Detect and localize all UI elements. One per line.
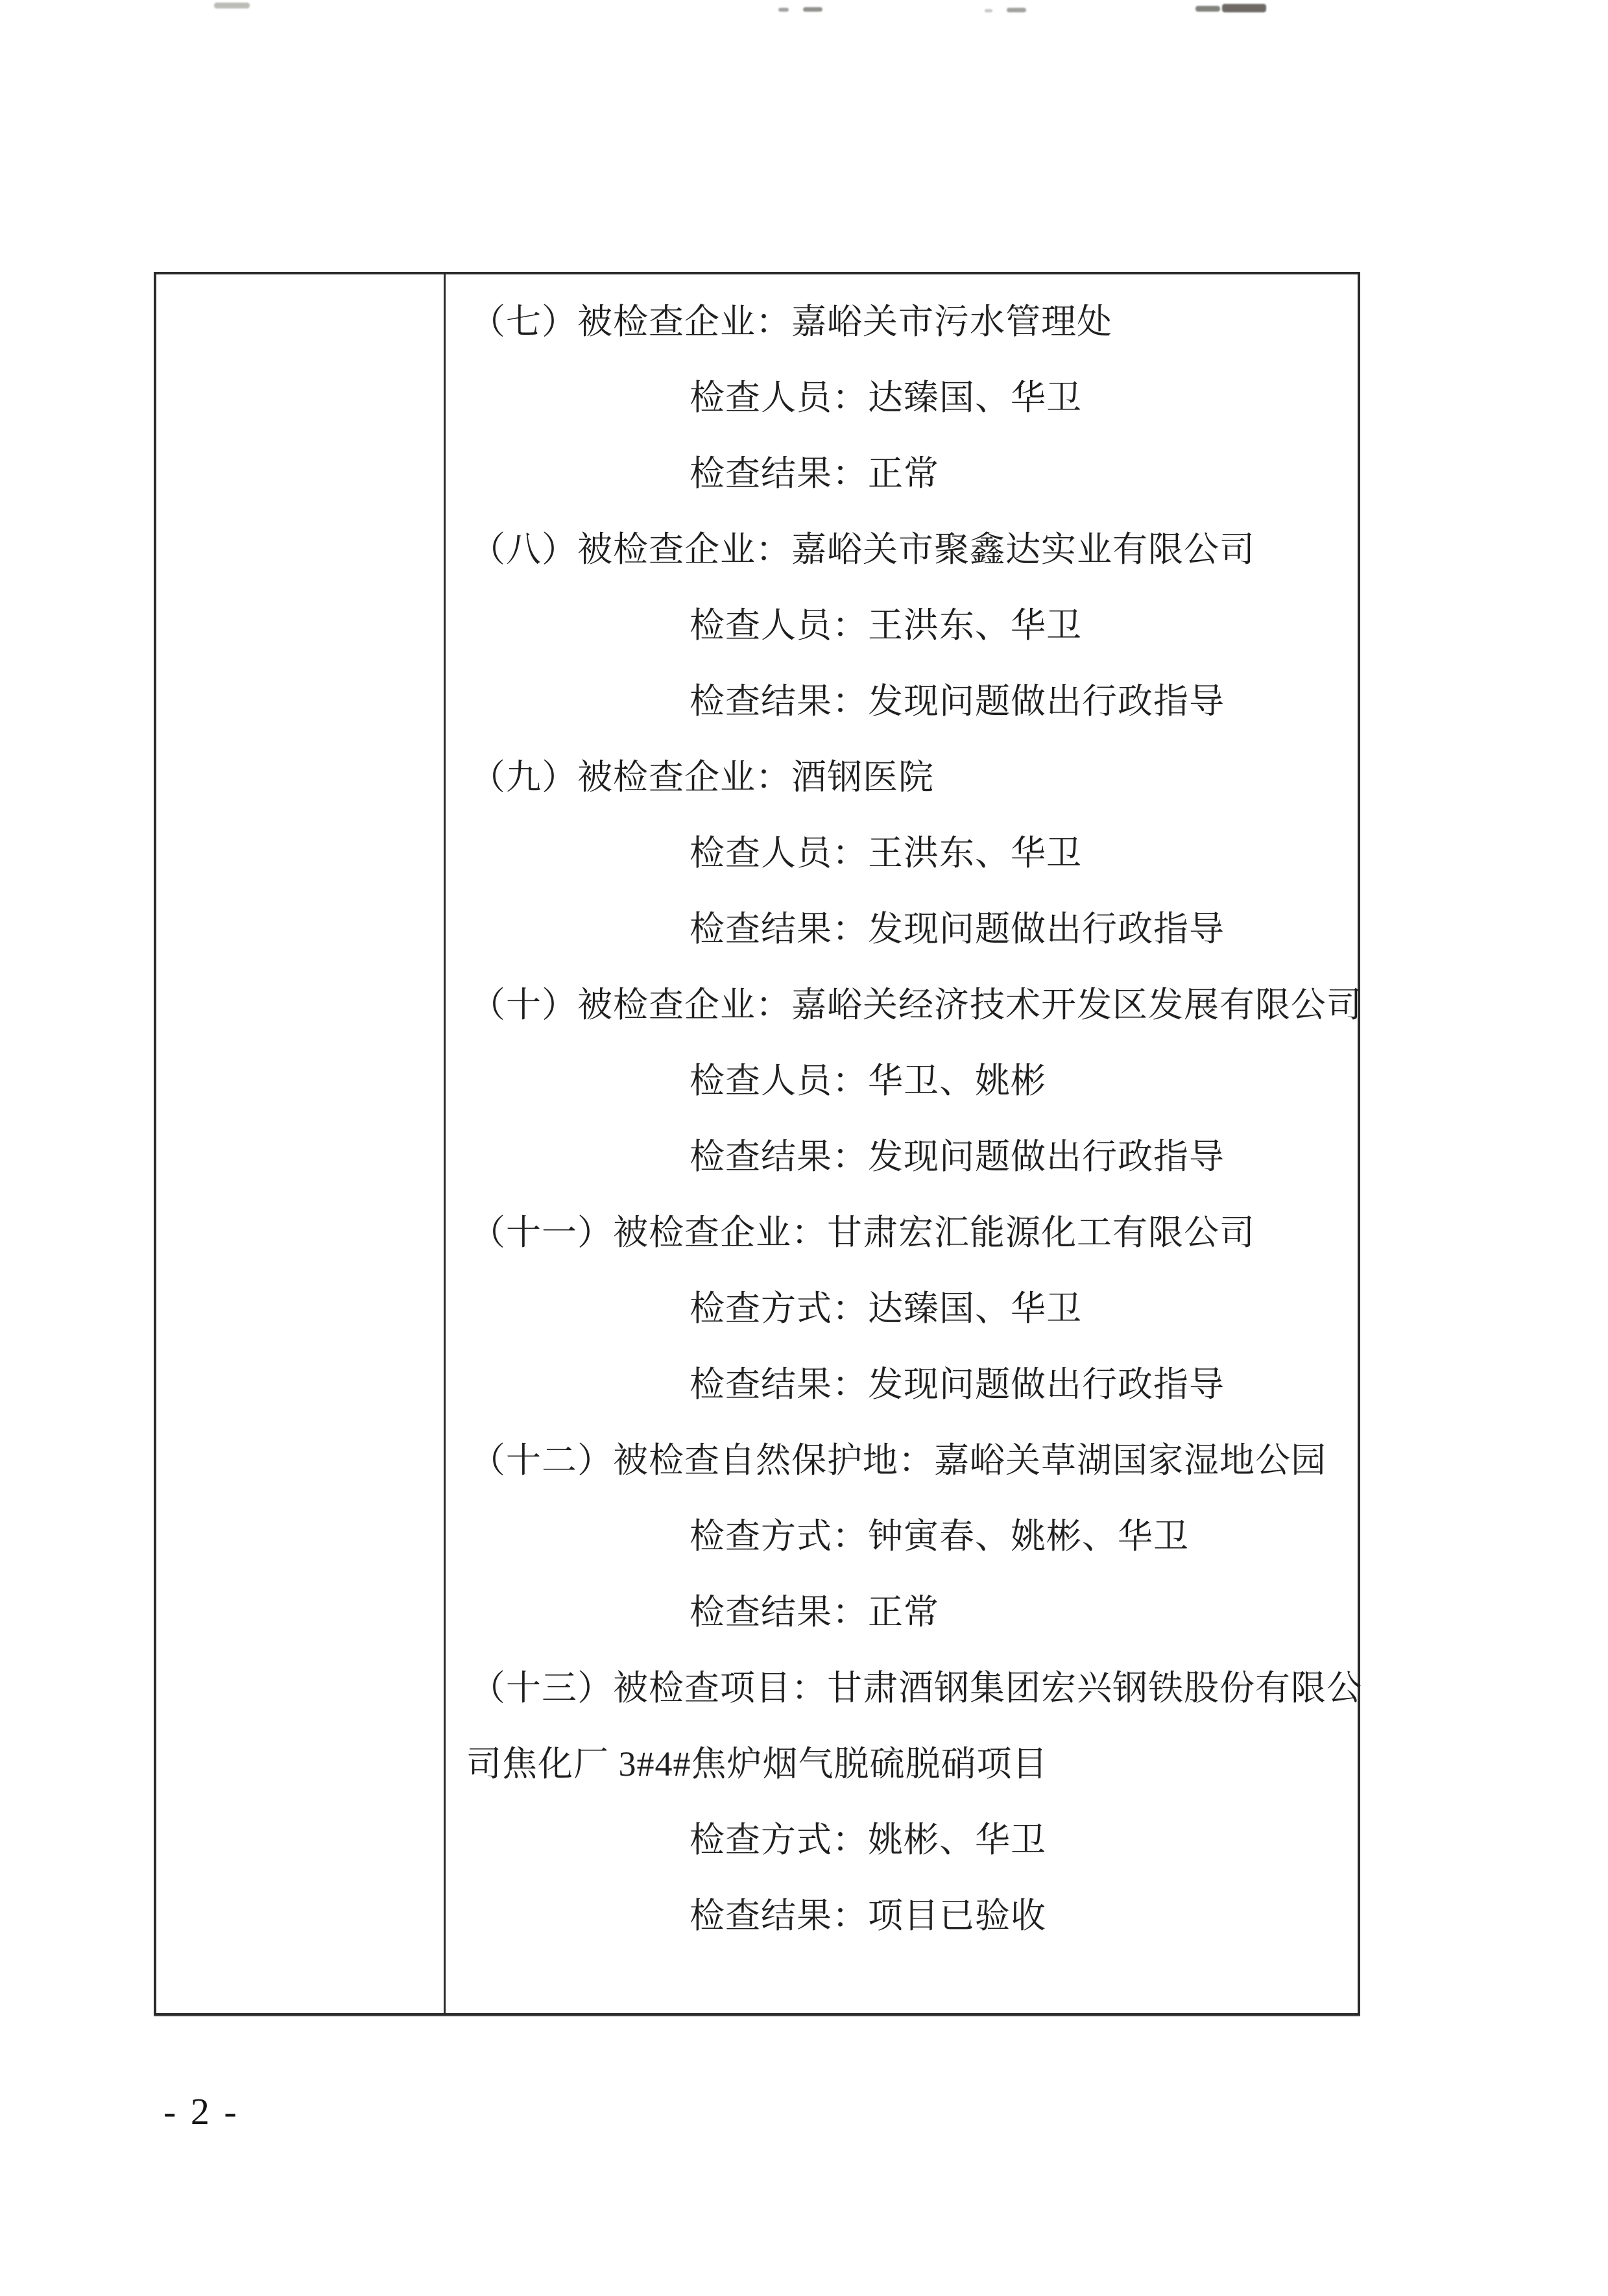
text-line: 检查方式：达臻国、华卫 bbox=[690, 1290, 1082, 1327]
text-line: （八）被检查企业：嘉峪关市聚鑫达实业有限公司 bbox=[470, 531, 1255, 568]
table-left-column bbox=[156, 274, 444, 2013]
text-line: 检查结果：发现问题做出行政指导 bbox=[690, 910, 1225, 948]
text-line: （十二）被检查自然保护地：嘉峪关草湖国家湿地公园 bbox=[470, 1442, 1326, 1479]
text-line: 检查方式：姚彬、华卫 bbox=[690, 1821, 1046, 1859]
text-line: 检查人员：王洪东、华卫 bbox=[690, 834, 1082, 872]
text-line: 检查结果：发现问题做出行政指导 bbox=[690, 1138, 1225, 1176]
text-line: 检查结果：正常 bbox=[690, 1593, 939, 1631]
table-column-divider bbox=[444, 274, 446, 2013]
text-line: 检查人员：王洪东、华卫 bbox=[690, 607, 1082, 644]
text-line: （十）被检查企业：嘉峪关经济技术开发区发展有限公司 bbox=[470, 986, 1362, 1024]
text-line: （十三）被检查项目：甘肃酒钢集团宏兴钢铁股份有限公 bbox=[470, 1669, 1362, 1707]
text-line: 检查人员：达臻国、华卫 bbox=[690, 379, 1082, 417]
scan-artifact bbox=[1195, 6, 1220, 12]
text-line: （十一）被检查企业：甘肃宏汇能源化工有限公司 bbox=[470, 1214, 1255, 1251]
scan-artifact bbox=[214, 3, 250, 8]
text-line: 检查结果：正常 bbox=[690, 455, 939, 492]
scan-artifact bbox=[803, 7, 822, 12]
scan-artifact bbox=[1007, 8, 1026, 12]
text-line: 检查方式：钟寅春、姚彬、华卫 bbox=[690, 1517, 1189, 1555]
scan-artifact bbox=[1222, 4, 1266, 12]
text-line: （七）被检查企业：嘉峪关市污水管理处 bbox=[470, 303, 1112, 341]
document-page: （七）被检查企业：嘉峪关市污水管理处检查人员：达臻国、华卫检查结果：正常（八）被… bbox=[0, 0, 1608, 2296]
text-line: （九）被检查企业：酒钢医院 bbox=[470, 758, 934, 796]
scan-artifact bbox=[778, 8, 789, 12]
scan-artifact bbox=[985, 9, 992, 12]
text-line: 检查结果：发现问题做出行政指导 bbox=[690, 1366, 1225, 1403]
text-line: 司焦化厂 3#4#焦炉烟气脱硫脱硝项目 bbox=[466, 1745, 1048, 1783]
page-number: - 2 - bbox=[163, 2090, 239, 2133]
text-line: 检查人员：华卫、姚彬 bbox=[690, 1062, 1046, 1100]
text-line: 检查结果：项目已验收 bbox=[690, 1897, 1046, 1935]
text-line: 检查结果：发现问题做出行政指导 bbox=[690, 683, 1225, 720]
record-table: （七）被检查企业：嘉峪关市污水管理处检查人员：达臻国、华卫检查结果：正常（八）被… bbox=[154, 272, 1360, 2016]
